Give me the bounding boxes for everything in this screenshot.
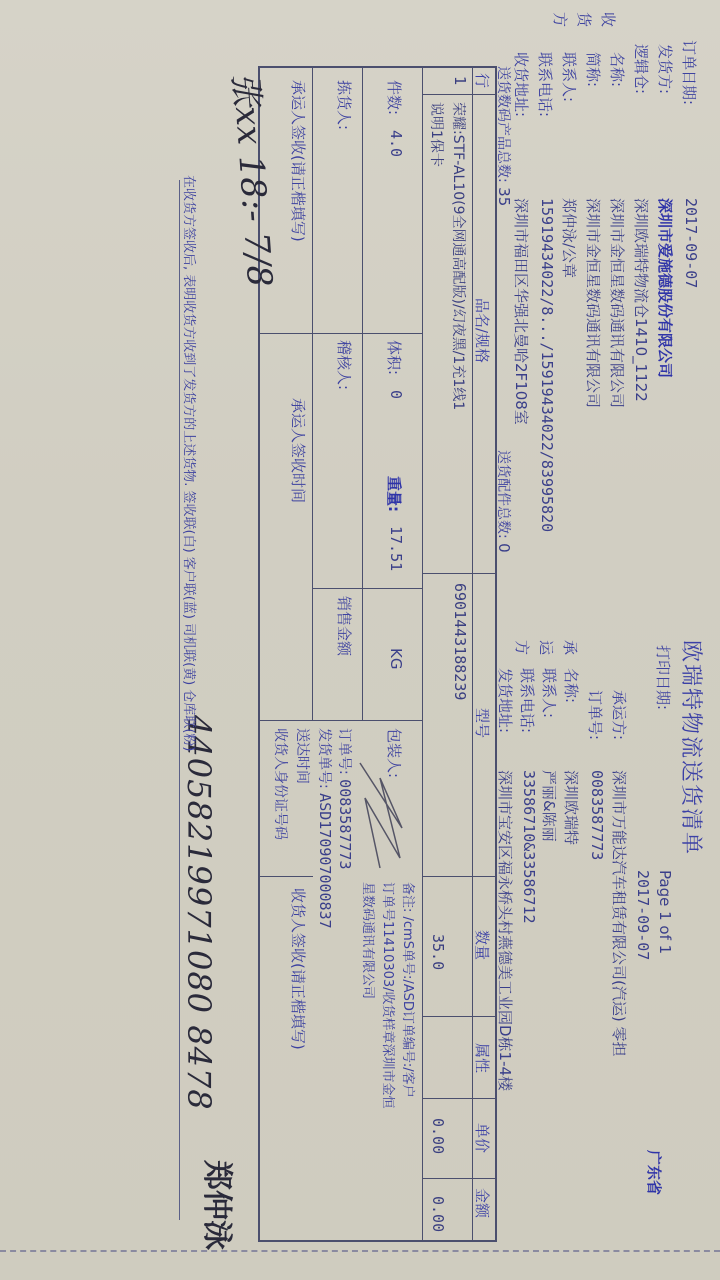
receiver-name-label: 名称: [607,52,628,87]
col-attr: 属性 [472,1043,493,1073]
row-unit-price: 0.00 [429,1118,447,1154]
perforation-line [0,1250,720,1252]
remarks-line3: 星数码通讯有限公司 [360,882,379,999]
col-unit-price: 单价 [472,1123,493,1153]
sales-amount-label: 销售金额 [334,596,355,656]
weight-unit: KG [387,648,405,669]
receiver-short-label: 简称: [583,52,604,87]
order-date-label: 订单日期: [679,40,700,105]
carrier-contact-value: 严丽&陈丽 [539,770,560,842]
col-amount: 金额 [472,1188,493,1218]
ship-address-value: 深圳市宝安区福永桥头村燕德美工业园D栋1-4楼 [495,770,516,1091]
carrier-value: 深圳市万能达汽车租赁有限公司(汽运) 零担 [609,770,630,1056]
receiver-side-label: 收 货 方 [548,12,620,27]
receiver-name-value: 深圳市金恒星数码通讯有限公司 [607,198,628,408]
receiver-id-label: 收货人身份证号码 [271,728,291,840]
delivery-time-label: 送达时间 [293,728,313,784]
carrier-name-label: 名称: [561,668,582,703]
delivery-slip: 欧瑞特物流送货清单 Page 1 of 1 广东省 订单日期: 2017-09-… [0,0,720,1280]
checker-label: 稽核人: [334,340,355,390]
weight-value: 17.51 [387,526,405,571]
ship-address-label: 发货地址: [495,668,516,733]
packer-signature [350,758,410,878]
shipper-value: 深圳市爱施德股份有限公司 [655,198,676,378]
carrier-sign-label: 承运人签收(请正楷填写) [288,80,309,242]
receiver-phone-label: 联系电话: [535,52,556,117]
total-parts-label: 送货配件总数: 0 [494,450,514,553]
total-parts-value: 0 [495,543,513,553]
order-date-value: 2017-09-07 [682,198,700,288]
print-date-value: 2017-09-07 [634,870,652,960]
print-date-label: 打印日期: [653,645,674,710]
remarks-label: 备注: /cmS单号:/ASD订单编号:/客户 [400,882,419,1098]
receiver-phone-value: 15919434022/8.../15919434022/83995820 [538,198,556,532]
document-title: 欧瑞特物流送货清单 [677,640,708,856]
total-digital-label: 送货数码产品总数: 35 [494,66,514,206]
shipper-label: 发货方: [655,44,676,94]
volume-label: 体积: [384,340,405,375]
carrier-sign-time-label: 承运人签收时间 [288,398,309,503]
carrier-name-value: 深圳欧瑞特 [561,770,582,845]
receiver-contact-label: 联系人: [559,52,580,102]
carrier-side-label: 承 运 方 [510,640,582,655]
carrier-phone-label: 联系电话: [517,668,538,733]
picker-label: 拣货人: [334,80,355,130]
row-model: 6901443188239 [451,583,469,700]
page-indicator: Page 1 of 1 [656,870,674,954]
row-product-note: 说明1保卡 [427,102,447,167]
receiver-contact-value: 郑仲泳/公章 [559,198,580,278]
col-model: 型号 [472,708,493,738]
receiver-short-value: 深圳市金恒星数码通讯有限公司 [583,198,604,408]
summary-ship-no: 发货单号: ASD170907000837 [315,728,335,929]
receiver-address-label: 收货地址: [511,52,532,117]
row-line-no: 1 [451,76,469,86]
col-name-spec: 品名/规格 [472,298,493,363]
province-stamp: 广东省 [644,1150,665,1195]
footer-note: 在收货方签收后, 表明收货方收到了发货方的上述货物. 签收联(白) 客户联(蓝)… [181,175,200,752]
volume-value: 0 [387,390,405,399]
total-digital-value: 35 [495,187,513,206]
items-table: 行 品名/规格 型号 数量 属性 单价 金额 1 荣耀:STF-AL10(9全网… [258,66,497,1242]
carrier-label: 承运方: [609,690,630,740]
order-no-value: 0083587773 [588,770,606,860]
order-no-label: 订单号: [585,690,606,740]
remarks-line2: 订单号11410303/收货样章深圳市金恒 [380,882,399,1109]
row-amount: 0.00 [429,1196,447,1232]
carrier-contact-label: 联系人: [539,668,560,718]
receiver-sign-label: 收货人签收(请正楷填写) [288,888,309,1050]
col-line: 行 [472,73,493,88]
receiver-address-value: 深圳市福田区华强北曼哈2F108室 [511,198,532,425]
receiver-signature-handwritten[interactable]: 郑仲泳 [198,1160,242,1250]
row-qty: 35.0 [429,934,447,970]
col-qty: 数量 [472,930,493,960]
summary-order-no: 订单号: 0083587773 [335,728,355,869]
pieces-value: 4.0 [387,130,405,157]
warehouse-label: 逻辑仓: [631,44,652,94]
warehouse-value: 深圳欧瑞特物流仓1410_1122 [631,198,652,402]
footer-divider [179,180,180,1220]
carrier-phone-value: 33586710&33586712 [520,770,538,924]
row-product-name: 荣耀:STF-AL10(9全网通高配版)/幻夜黑/1充1线1 [449,102,469,410]
pieces-label: 件数: [384,80,405,115]
receiver-id-handwritten[interactable]: 44058219971080 8478 [180,715,218,1111]
weight-label: 重量: [384,476,405,512]
